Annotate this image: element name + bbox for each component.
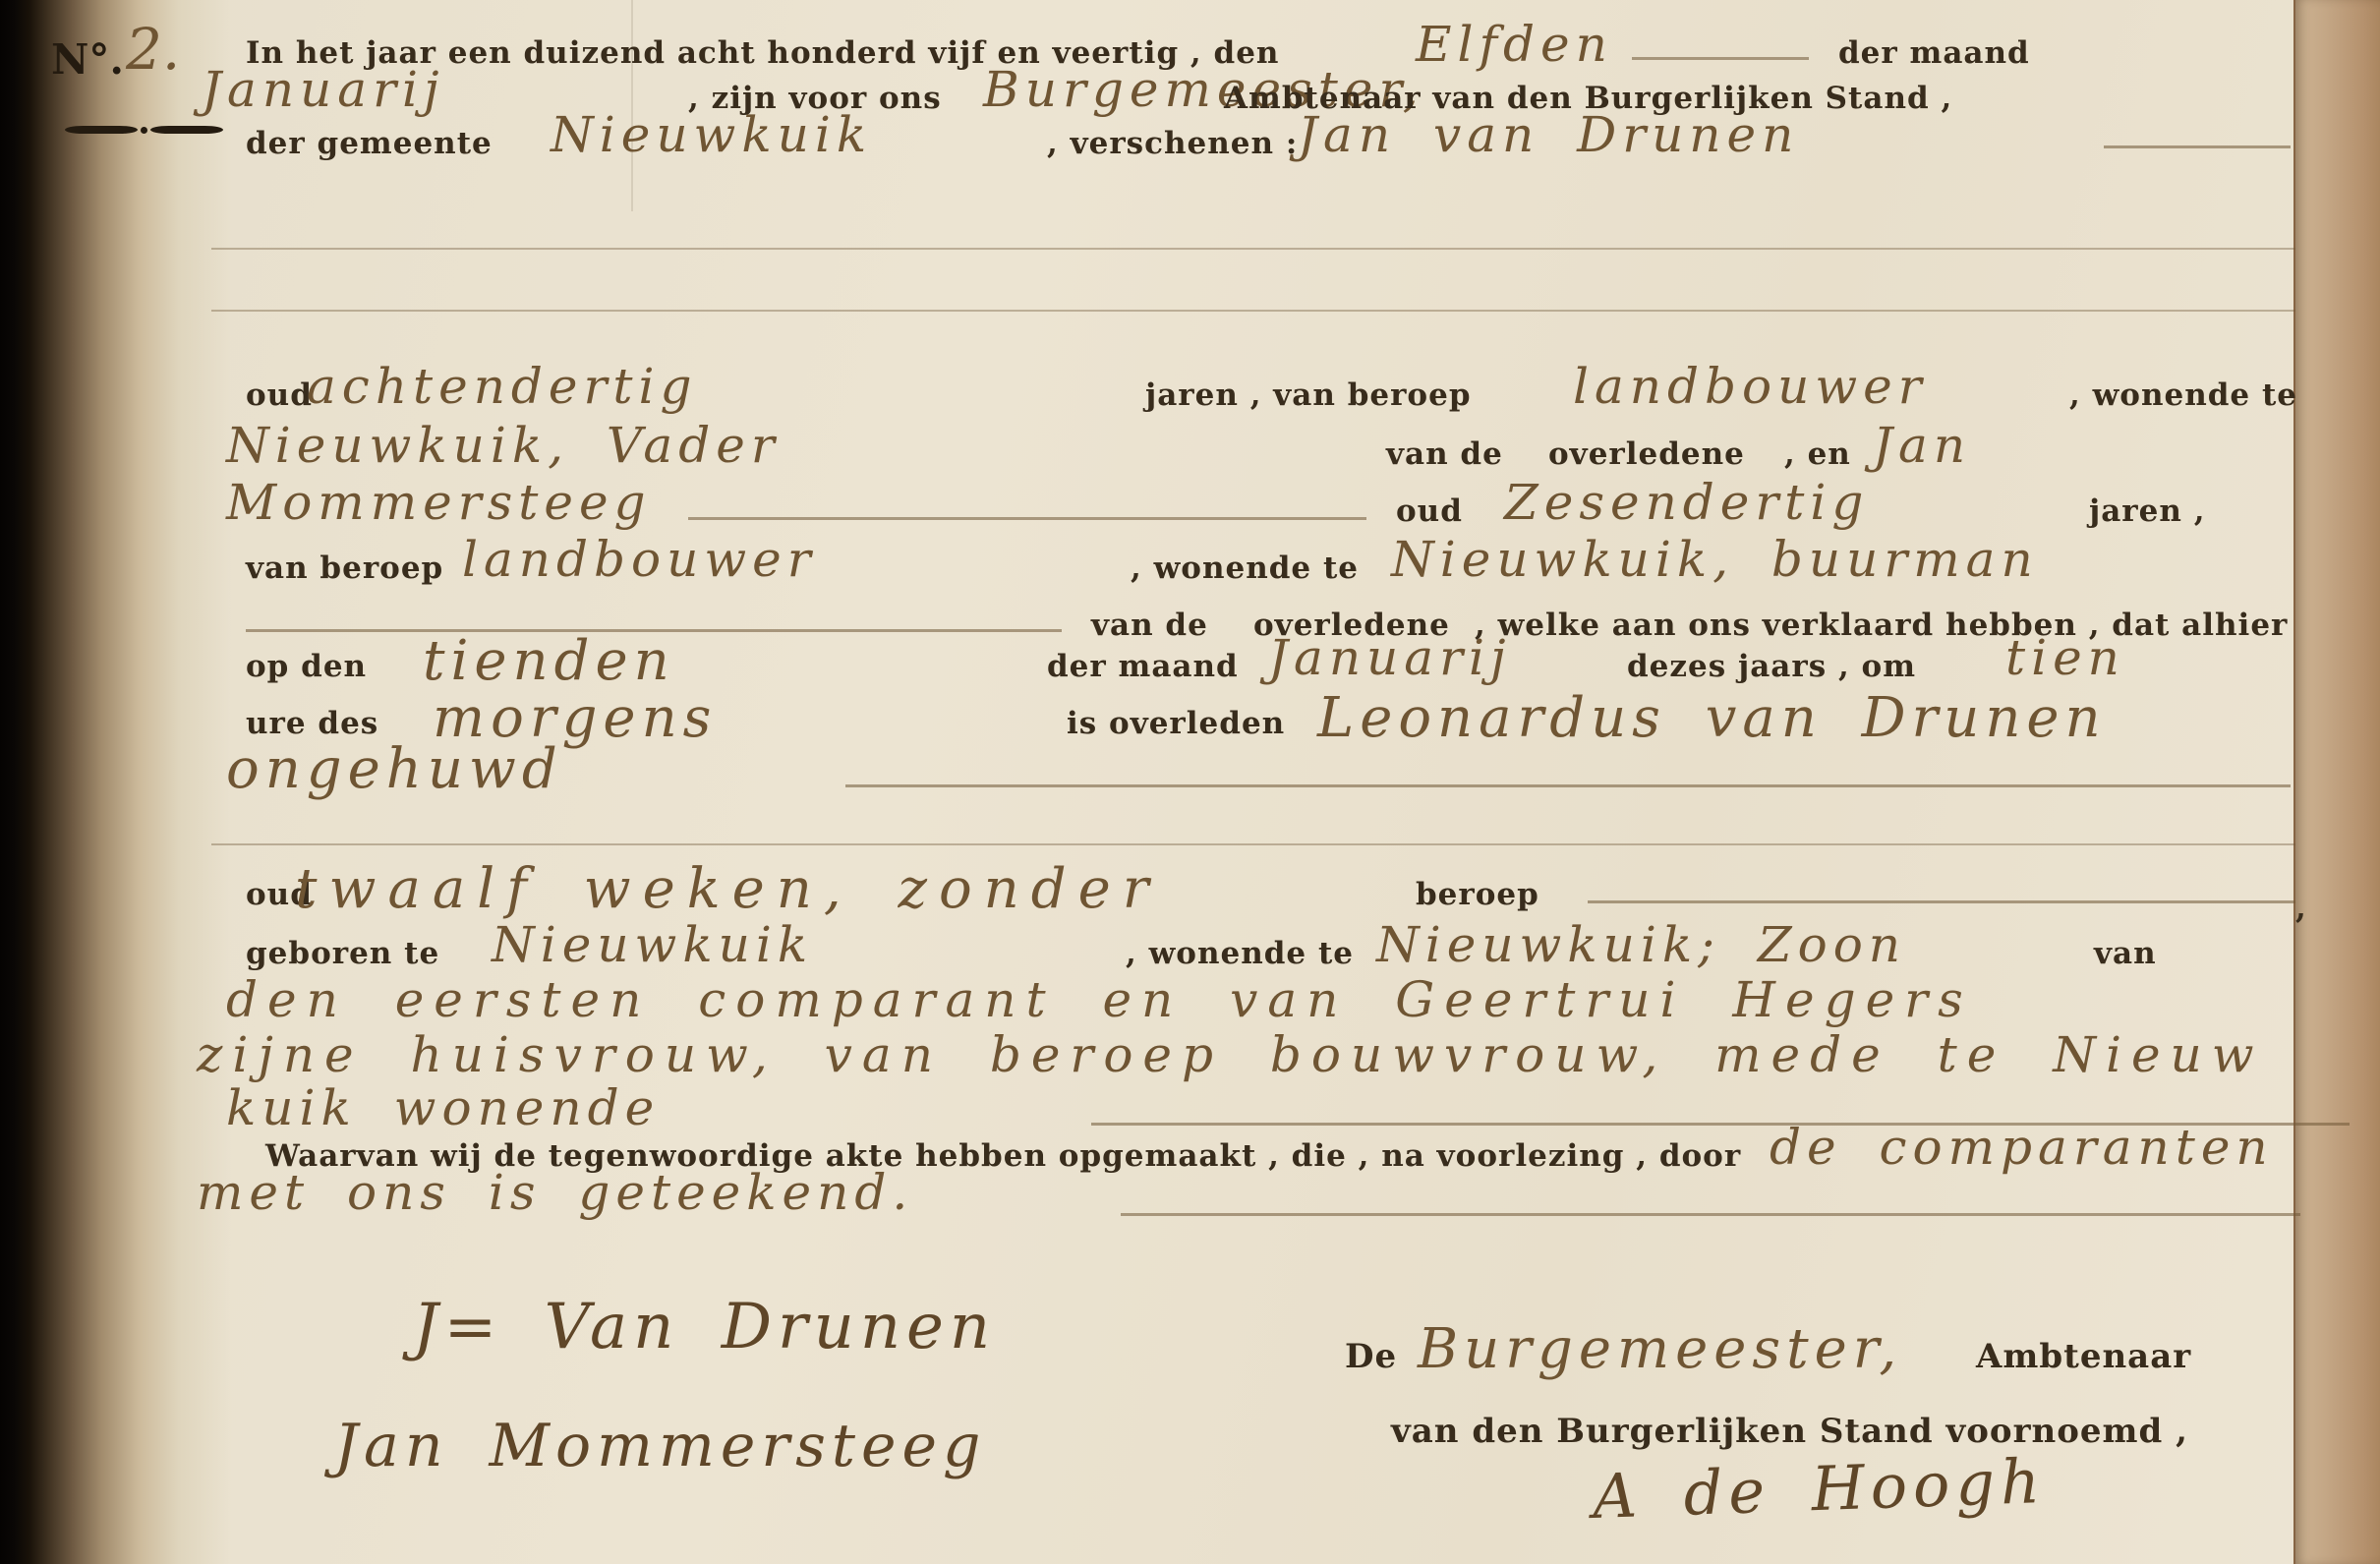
printed-wonende-te: , wonende te — [2069, 377, 2297, 413]
handwritten-declarant: Jan van Drunen — [1298, 106, 1799, 163]
fill-in-rule — [1632, 57, 1809, 60]
fill-in-rule — [1121, 1213, 2300, 1216]
printed-der-maand: der maand — [1047, 649, 1239, 684]
line-official-title-1: De Burgemeester, Ambtenaar — [0, 1329, 2380, 1400]
handwritten-parents: den eersten comparant en van Geertrui He… — [226, 971, 1973, 1028]
ruled-line — [211, 248, 2295, 250]
line-intro-3: der gemeente Nieuwkuik , verschenen : Ja… — [0, 118, 2380, 189]
printed-wonende-te: , wonende te — [1126, 936, 1354, 971]
printed-jaren: jaren , — [2089, 493, 2205, 529]
signature-burgemeester: A de Hoogh — [1592, 1445, 2047, 1533]
printed-verklaard: , welke aan ons verklaard hebben , dat a… — [1475, 608, 2288, 643]
handwritten-parents: zijne huisvrouw, van beroep bouwvrouw, m… — [197, 1026, 2264, 1083]
handwritten-birthplace: Nieuwkuik — [492, 916, 813, 973]
printed-overledene: overledene — [1548, 436, 1745, 472]
handwritten-death-month: Januarij — [1268, 629, 1511, 686]
signature-official: A de Hoogh — [0, 1465, 2380, 1563]
line-marital-status: ongehuwd — [0, 749, 2380, 820]
handwritten-comparanten: de comparanten — [1770, 1119, 2274, 1176]
printed-voornoemd: van den Burgerlijken Stand voornoemd , — [1391, 1412, 2188, 1451]
fill-in-rule — [845, 784, 2291, 787]
handwritten-surname: Mommersteeg — [226, 474, 652, 531]
printed-van-de: van de — [1091, 608, 1208, 643]
fill-in-rule — [2104, 145, 2291, 148]
handwritten-day: Elfden — [1416, 16, 1613, 73]
handwritten-occupation: landbouwer — [1573, 358, 1928, 415]
handwritten-occupation: landbouwer — [462, 531, 817, 588]
printed-oud: oud — [1396, 493, 1463, 529]
printed-is-overleden: is overleden — [1067, 706, 1285, 741]
handwritten-geteekend: met ons is geteekend. — [197, 1164, 913, 1221]
printed-en: , en — [1784, 436, 1851, 472]
handwritten-death-hour: tien — [2005, 629, 2125, 686]
printed-jaren-beroep: jaren , van beroep — [1145, 377, 1472, 413]
printed-dezes-jaars-om: dezes jaars , om — [1627, 649, 1916, 684]
line-closing-2: met ons is geteekend. — [0, 1176, 2380, 1246]
handwritten-age: achtendertig — [307, 358, 698, 415]
printed-beroep: beroep — [1416, 877, 1539, 912]
fill-in-rule — [1588, 900, 2295, 903]
handwritten-municipality: Nieuwkuik — [551, 106, 872, 163]
printed-comma: , — [2295, 891, 2307, 926]
printed-op-den: op den — [246, 649, 367, 684]
printed-de: De — [1345, 1337, 1397, 1376]
printed-ure-des: ure des — [246, 706, 378, 741]
fill-in-rule — [688, 517, 1366, 520]
handwritten-burgemeester: Burgemeester, — [1418, 1317, 1902, 1381]
handwritten-age: Zesendertig — [1504, 474, 1869, 531]
printed-van-beroep: van beroep — [246, 550, 443, 586]
handwritten-residence-relation: Nieuwkuik, buurman — [1391, 531, 2039, 588]
death-certificate-scan: N°. 2. In het jaar een duizend acht hond… — [0, 0, 2380, 1564]
printed-van: van — [2094, 936, 2157, 971]
printed-verschenen: , verschenen : — [1047, 126, 1298, 161]
handwritten-deceased-name: Leonardus van Drunen — [1317, 686, 2107, 750]
ruled-line — [211, 843, 2295, 845]
printed-geboren-te: geboren te — [246, 936, 439, 971]
handwritten-residence-son: Nieuwkuik; Zoon — [1376, 916, 1906, 973]
handwritten-month: Januarij — [202, 61, 444, 118]
handwritten-marital-status: ongehuwd — [226, 737, 563, 801]
handwritten-parents: kuik wonende — [226, 1079, 660, 1136]
printed-der-gemeente: der gemeente — [246, 126, 493, 161]
ruled-line — [211, 310, 2295, 312]
printed-oud: oud — [246, 377, 313, 413]
handwritten-death-day: tienden — [423, 629, 675, 693]
handwritten-residence-relation: Nieuwkuik, Vader — [226, 417, 781, 474]
printed-ambtenaar: Ambtenaar — [1976, 1337, 2191, 1376]
printed-van-de: van de — [1386, 436, 1503, 472]
printed-wonende-te: , wonende te — [1131, 550, 1359, 586]
printed-der-maand: der maand — [1838, 35, 2030, 71]
handwritten-name-start: Jan — [1873, 417, 1971, 474]
handwritten-deceased-age: twaalf weken, zonder — [295, 857, 1161, 921]
